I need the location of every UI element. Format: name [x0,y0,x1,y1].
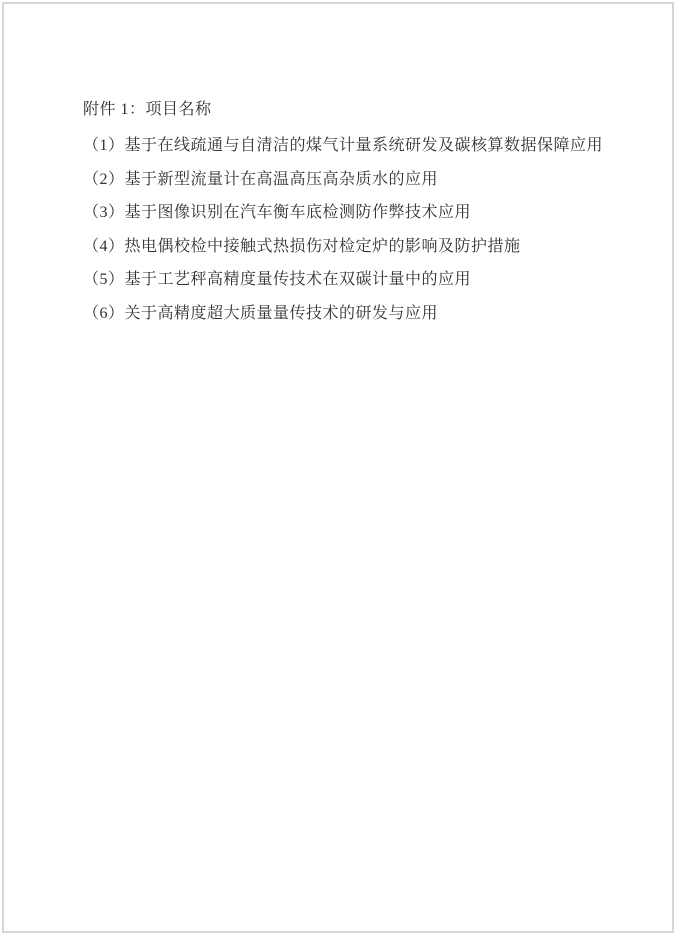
list-item: （4）热电偶校检中接触式热损伤对检定炉的影响及防护措施 [83,239,632,256]
list-item: （1）基于在线疏通与自清洁的煤气计量系统研发及碳核算数据保障应用 [83,138,632,155]
list-item: （2）基于新型流量计在高温高压高杂质水的应用 [83,172,632,189]
document-page: 附件 1：项目名称 （1）基于在线疏通与自清洁的煤气计量系统研发及碳核算数据保障… [2,2,674,933]
list-item: （6）关于高精度超大质量量传技术的研发与应用 [83,306,632,323]
project-list: （1）基于在线疏通与自清洁的煤气计量系统研发及碳核算数据保障应用 （2）基于新型… [83,138,632,322]
list-item: （5）基于工艺秤高精度量传技术在双碳计量中的应用 [83,272,632,289]
list-item: （3）基于图像识别在汽车衡车底检测防作弊技术应用 [83,205,632,222]
document-content: 附件 1：项目名称 （1）基于在线疏通与自清洁的煤气计量系统研发及碳核算数据保障… [4,4,672,322]
page-title: 附件 1：项目名称 [83,101,632,118]
